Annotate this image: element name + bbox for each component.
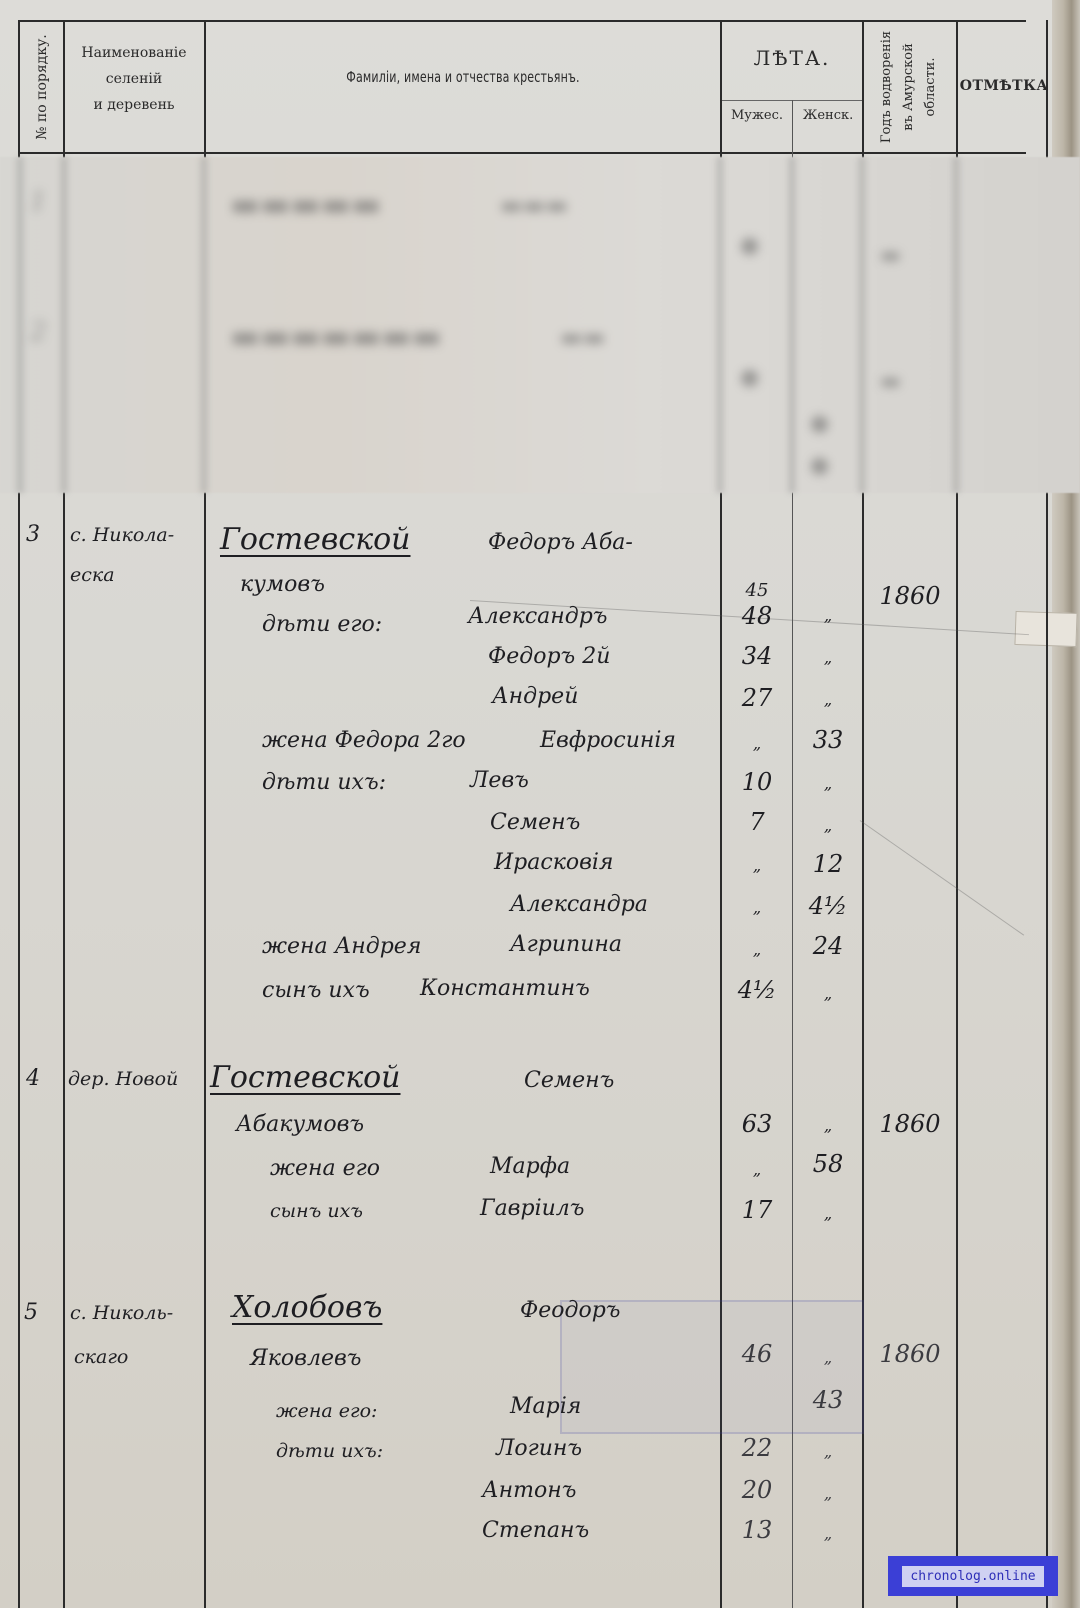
member-female-age: 4½	[794, 892, 862, 920]
member-relation: жена его:	[276, 1400, 377, 1422]
member-female-age: „	[794, 606, 862, 625]
member-name: Федоръ 2й	[488, 644, 610, 669]
member-male-age: „	[722, 1160, 792, 1179]
family-surname: Гостевской	[220, 522, 411, 557]
head-male-age: 45	[722, 580, 792, 601]
header-ages-column: ЛѢТА.	[722, 46, 862, 70]
member-name: Семенъ	[490, 810, 580, 835]
entry-number: 3	[26, 522, 40, 547]
member-name: Гавріилъ	[480, 1196, 584, 1221]
member-female-age: „	[794, 1524, 862, 1543]
member-name: Ирасковія	[494, 850, 614, 875]
member-male-age: 20	[722, 1476, 792, 1504]
head-male-age: 63	[722, 1110, 792, 1138]
member-male-age: „	[722, 898, 792, 917]
entry-number: 5	[24, 1300, 38, 1325]
entry-number: 4	[26, 1066, 40, 1091]
head-first-name: Семенъ	[524, 1068, 614, 1093]
settlement-name-cont: скаго	[74, 1346, 128, 1368]
member-name: Александра	[510, 892, 648, 917]
member-male-age: „	[722, 734, 792, 753]
member-name: Александръ	[468, 604, 607, 629]
header-number-column: № по порядку.	[22, 22, 62, 152]
member-female-age: 33	[794, 726, 862, 754]
header-settlement-year-column: Годъ водворенія въ Амурской области.	[864, 22, 954, 152]
settlement-name: дер. Новой	[68, 1068, 178, 1090]
header-male-column: Мужес.	[722, 108, 792, 123]
settlement-name: с. Никола-	[70, 524, 174, 546]
head-female-age: „	[794, 1348, 862, 1367]
register-page: № по порядку. Наименованіе селеній и дер…	[0, 0, 1080, 1608]
member-female-age: „	[794, 1484, 862, 1503]
member-name: Константинъ	[420, 976, 590, 1001]
member-name: Агрипина	[510, 932, 622, 957]
member-male-age: „	[722, 856, 792, 875]
member-female-age: 24	[794, 932, 862, 960]
header-names-column: Фамиліи, имена и отчества крестьянъ.	[252, 68, 673, 86]
watermark-text: chronolog.online	[902, 1566, 1043, 1587]
member-female-age: „	[794, 816, 862, 835]
family-surname: Гостевской	[210, 1060, 401, 1095]
header-remark-column: ОТМѢТКА	[958, 78, 1050, 94]
header-bottom-rule	[18, 152, 1026, 154]
member-male-age: 4½	[722, 976, 792, 1004]
member-relation: дѣти его:	[262, 612, 382, 637]
member-male-age: 34	[722, 642, 792, 670]
head-male-age: 46	[722, 1340, 792, 1368]
member-male-age: „	[722, 940, 792, 959]
header-settlement-column: Наименованіе селеній и деревень	[64, 40, 204, 118]
head-first-name: Феодоръ	[520, 1298, 620, 1323]
member-male-age: 13	[722, 1516, 792, 1544]
member-name: Антонъ	[482, 1478, 576, 1503]
member-male-age: 7	[722, 808, 792, 836]
member-name: Марфа	[490, 1154, 570, 1179]
member-male-age: 17	[722, 1196, 792, 1224]
member-name: Логинъ	[496, 1436, 582, 1461]
settlement-name: с. Николь-	[70, 1302, 173, 1324]
paper-crease	[860, 820, 1024, 936]
head-patronymic: Яковлевъ	[250, 1346, 361, 1371]
settlement-name-cont: еска	[70, 564, 115, 586]
family-surname: Холобовъ	[232, 1290, 382, 1325]
head-patronymic: кумовъ	[240, 572, 325, 597]
member-name: Андрей	[492, 684, 578, 709]
head-patronymic: Абакумовъ	[236, 1112, 364, 1137]
member-male-age: 27	[722, 684, 792, 712]
member-female-age: 12	[794, 850, 862, 878]
member-relation: жена Андрея	[262, 934, 421, 959]
head-first-name: Федоръ Аба-	[488, 530, 633, 555]
header-female-column: Женск.	[794, 108, 862, 123]
member-male-age: 10	[722, 768, 792, 796]
member-name: Марія	[510, 1394, 581, 1419]
member-relation: дѣти ихъ:	[276, 1440, 383, 1462]
member-female-age: „	[794, 774, 862, 793]
member-female-age: „	[794, 1442, 862, 1461]
site-watermark[interactable]: chronolog.online	[888, 1556, 1058, 1596]
member-relation: жена Федора 2го	[262, 728, 466, 753]
member-male-age: 22	[722, 1434, 792, 1462]
member-relation: сынъ ихъ	[262, 978, 370, 1003]
member-relation: сынъ ихъ	[270, 1200, 363, 1222]
member-name: Левъ	[470, 768, 529, 793]
settlement-year: 1860	[864, 1340, 956, 1368]
member-female-age: „	[794, 690, 862, 709]
redacted-blurred-band: 1 2 ▬▬▬▬▬ ▬▬▬ ▬▬▬▬▬▬▬ ▬▬ ● ▬ ● ▬ ● ●	[0, 157, 1080, 493]
member-female-age: 43	[794, 1386, 862, 1414]
member-name: Степанъ	[482, 1518, 589, 1543]
settlement-year: 1860	[864, 1110, 956, 1138]
settlement-year: 1860	[864, 582, 956, 610]
member-female-age: „	[794, 648, 862, 667]
head-female-age: „	[794, 1116, 862, 1135]
member-female-age: „	[794, 984, 862, 1003]
member-female-age: 58	[794, 1150, 862, 1178]
member-female-age: „	[794, 1204, 862, 1223]
member-relation: жена его	[270, 1156, 380, 1181]
member-name: Евфросинія	[540, 728, 676, 753]
member-male-age: 48	[722, 602, 792, 630]
member-relation: дѣти ихъ:	[262, 770, 386, 795]
